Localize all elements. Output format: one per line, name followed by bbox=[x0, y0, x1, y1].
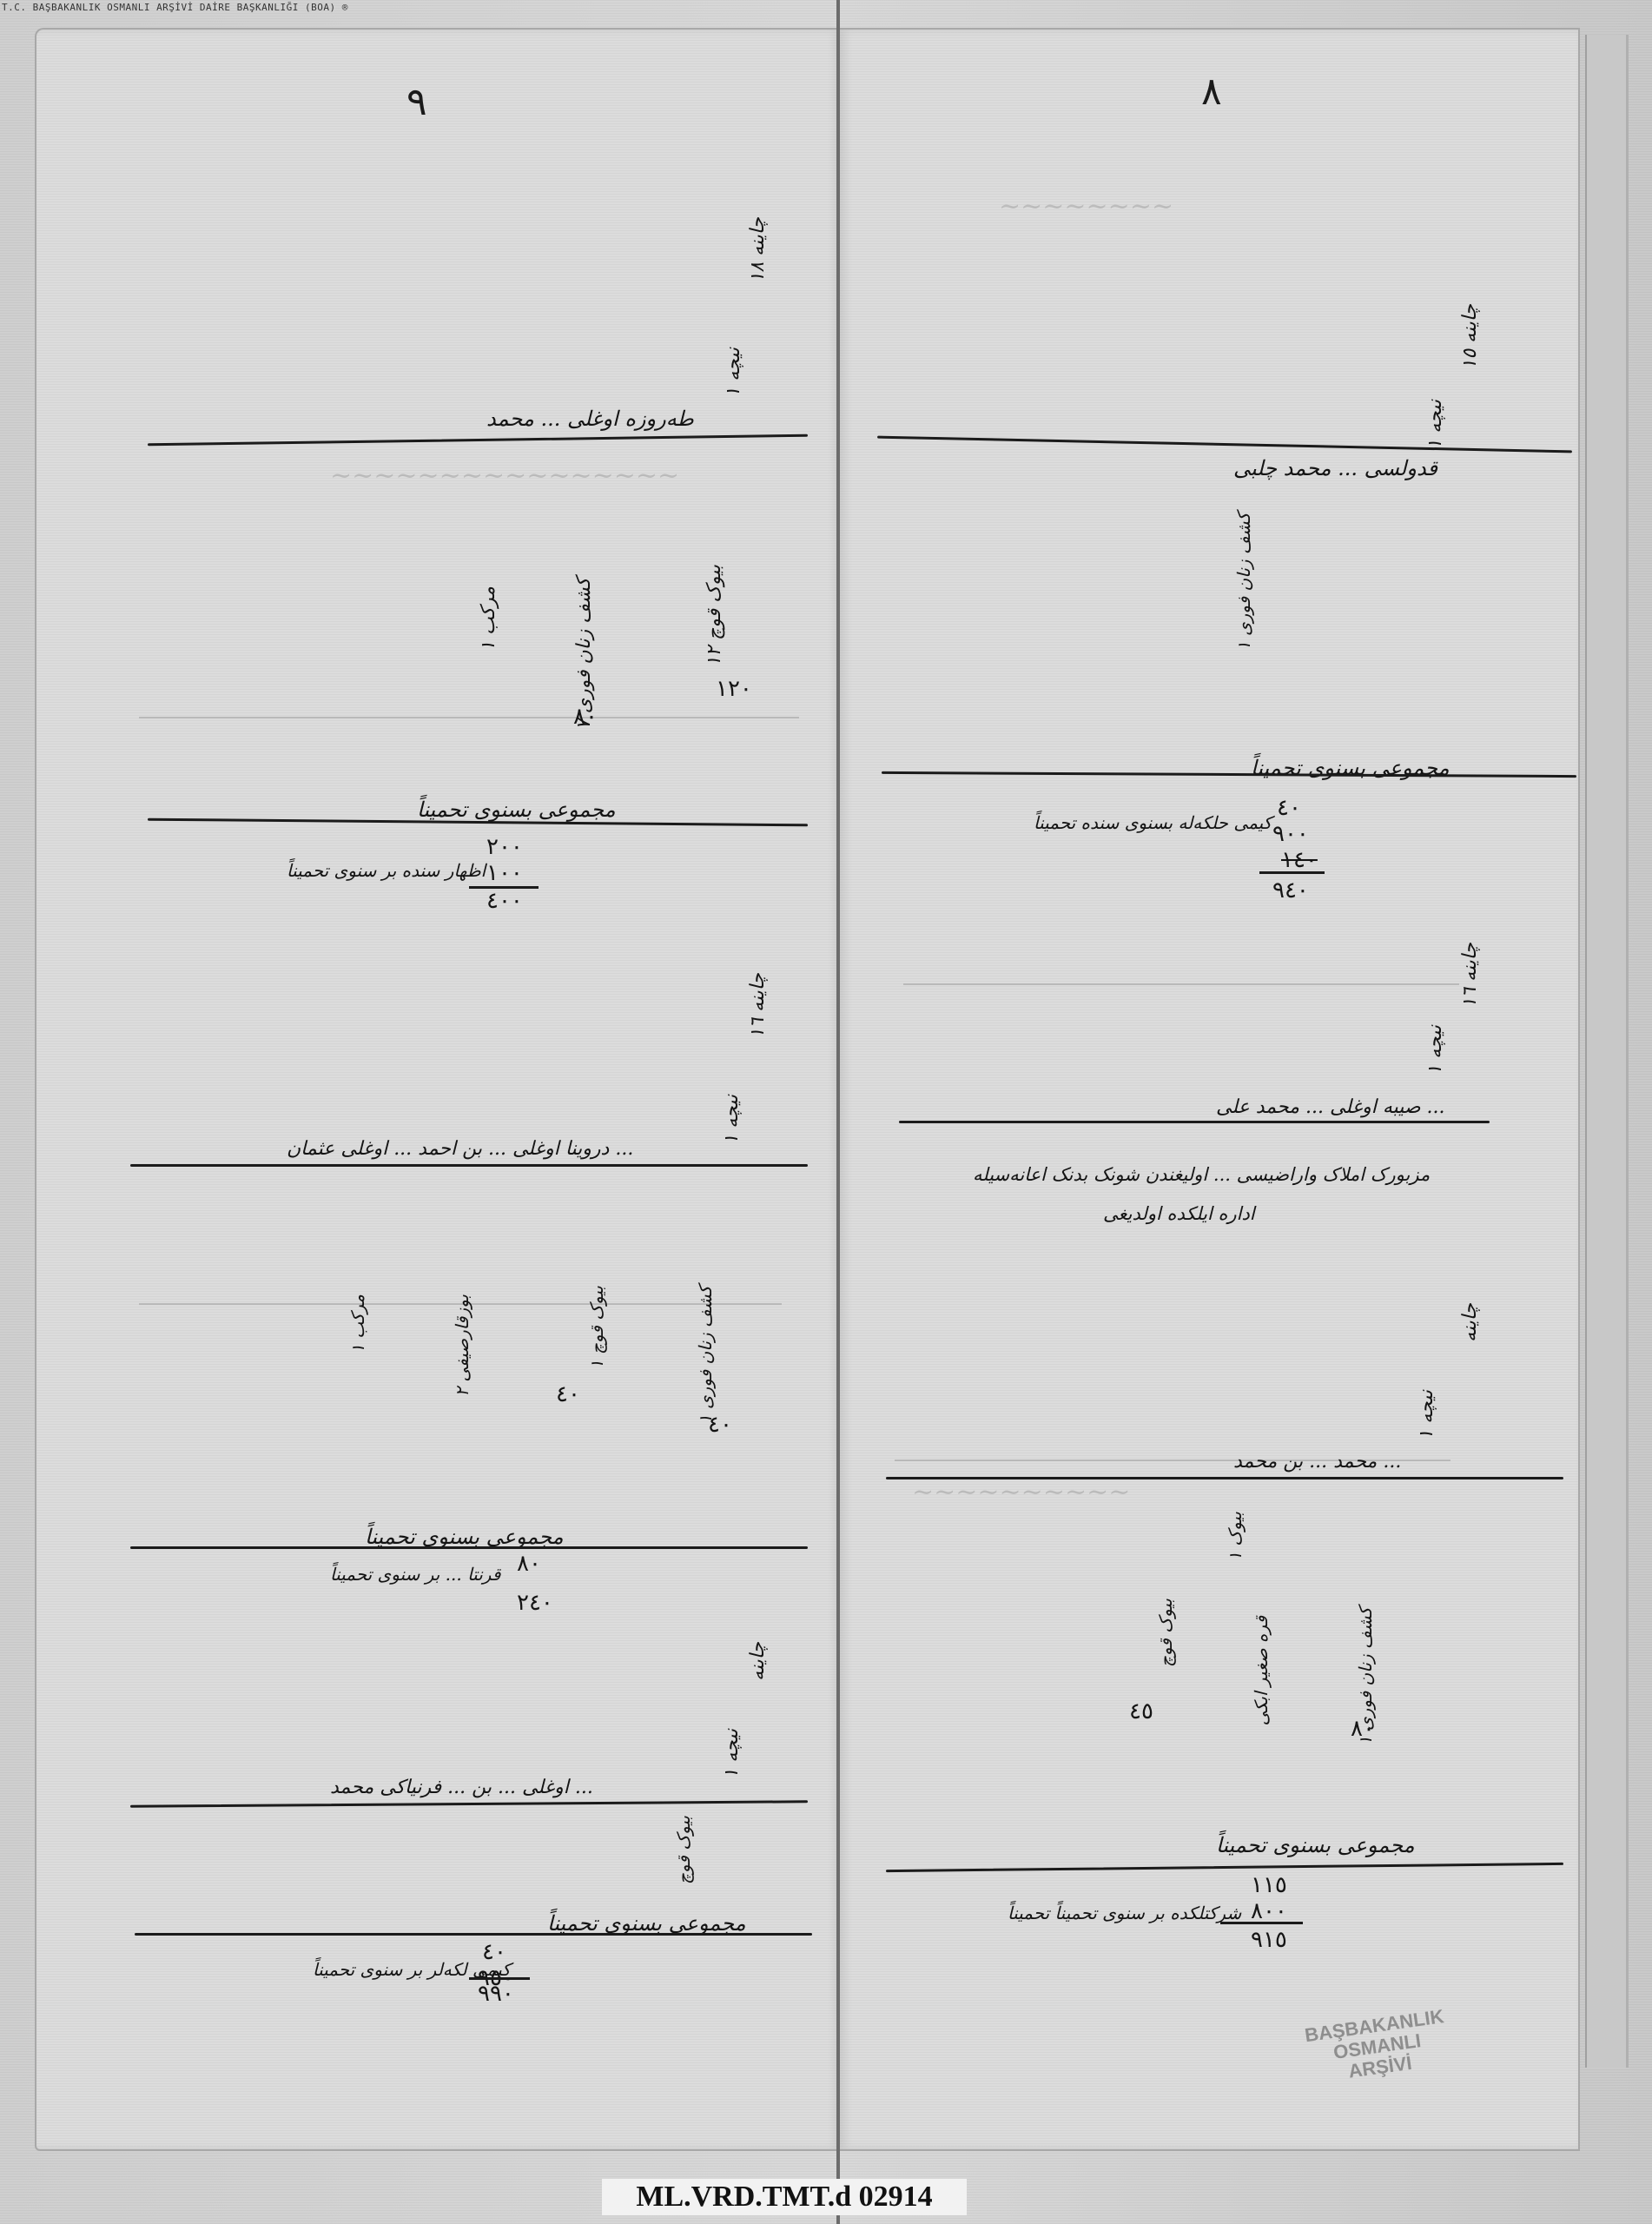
item-label: مرکب ١ bbox=[347, 1294, 368, 1354]
entry-rule bbox=[130, 1164, 808, 1167]
sum-total: ٤٠٠ bbox=[486, 888, 523, 914]
bleed-through-text: ~~~~~~~~ bbox=[999, 191, 1173, 222]
item-value: ٤٠ bbox=[556, 1381, 580, 1407]
item-label: بیوک قوچ ١٢ bbox=[704, 565, 725, 667]
total-label: مجموعی بسنوی تحمیناً bbox=[365, 1525, 564, 1549]
total-label: مجموعی بسنوی تحمیناً bbox=[547, 1911, 746, 1936]
total-rule bbox=[135, 1933, 812, 1936]
item-value: ٤٠ bbox=[708, 1412, 732, 1438]
item-label: بیوک قوچ ١ bbox=[586, 1286, 607, 1369]
sum-note: شرکتلکده بر سنوی تحمیناً تحمیناً bbox=[1008, 1903, 1241, 1923]
entry-header-line: چاینه ١٨ bbox=[747, 217, 769, 283]
item-label: مرکب ١ bbox=[478, 586, 499, 652]
total-label: مجموعی بسنوی تحمیناً bbox=[1216, 1833, 1415, 1857]
entry-name-line: ... اوغلی ... بن ... فرنیاکی محمد bbox=[330, 1777, 593, 1798]
entry-rule bbox=[899, 1121, 1490, 1123]
left-folio-number: ٩ bbox=[406, 80, 427, 124]
total-label: مجموعی بسنوی تحمیناً bbox=[417, 798, 616, 822]
sum-note: کیمی حلکه‌له بسنوی سنده تحمیناً bbox=[1034, 812, 1272, 833]
entry-header-line: چاینه ١٥ bbox=[1459, 304, 1481, 370]
right-folio-number: ٨ bbox=[1201, 69, 1222, 114]
item-value: ١٢٠ bbox=[716, 676, 752, 702]
sum-b: ١٠٠ bbox=[486, 860, 523, 886]
entry-header-line: چاینه bbox=[1459, 1303, 1481, 1342]
entry-header-line: نیچه ١ bbox=[721, 1729, 743, 1779]
entry-header-line: نیچه ١ bbox=[721, 1095, 743, 1145]
item-value: ٤٥ bbox=[1129, 1698, 1153, 1724]
entry-name-line: ... صیبه اوغلی ... محمد علی bbox=[1216, 1096, 1445, 1118]
left-page bbox=[35, 28, 840, 2151]
item-label: بیوک قوچ bbox=[673, 1816, 694, 1884]
sum-a: ١١٥ bbox=[1251, 1872, 1287, 1898]
sum-total: ٩٩٠ bbox=[478, 1981, 514, 2007]
bleed-through-text: ~~~~~~~~~~ bbox=[912, 1477, 1130, 1507]
item-label: بوز‌قارصیفی ٢ bbox=[452, 1294, 472, 1397]
entry-header-line: چاینه ١٦ bbox=[1459, 943, 1481, 1009]
book-spine bbox=[836, 0, 840, 2224]
sum-a: ٤٠ bbox=[1277, 795, 1301, 821]
entry-header-line: نیچه ١ bbox=[1416, 1390, 1437, 1440]
bleed-through-text: ~~~~~~~~~~~~~~~~ bbox=[330, 460, 679, 491]
faint-rule bbox=[139, 717, 799, 718]
entry-header-line: چاینه ١٦ bbox=[747, 973, 769, 1039]
entry-header-line: نیچه ١ bbox=[1424, 400, 1446, 450]
item-value: ٨٠ bbox=[573, 704, 598, 730]
item-value: ٨٠ bbox=[1351, 1716, 1375, 1742]
item-label: قره صغیر ابکی bbox=[1251, 1616, 1272, 1725]
reference-code-label: ML.VRD.TMT.d 02914 bbox=[602, 2179, 967, 2215]
remark-line: مزبورک املاک واراضیسی ... اولیغندن شونک … bbox=[973, 1164, 1430, 1185]
entry-name-line: ... دروینا اوغلی ... بن احمد ... اوغلی ع… bbox=[287, 1138, 633, 1160]
entry-rule bbox=[886, 1477, 1563, 1479]
sum-note: قرنتا ... بر سنوی تحمیناً bbox=[330, 1564, 500, 1585]
remark-line: اداره ایلکده اولدیغی bbox=[1103, 1203, 1255, 1224]
entry-header-line: نیچه ١ bbox=[1424, 1025, 1446, 1076]
sum-total: ٩١٥ bbox=[1251, 1927, 1287, 1953]
sum-bar bbox=[1220, 1922, 1303, 1924]
entry-name-line: ... محمد ... بن محمد bbox=[1233, 1451, 1401, 1473]
item-label: بیوک قوچ bbox=[1155, 1598, 1176, 1667]
entry-name-line: طه‌روزه اوغلی ... محمد bbox=[486, 407, 694, 431]
sum-bar bbox=[469, 1977, 530, 1980]
item-label: بیوک ١ bbox=[1225, 1512, 1246, 1561]
item-label: کشف زنان فوری ١ bbox=[1233, 513, 1254, 651]
sum-note: اظهار سنده بر سنوی تحمیناً bbox=[287, 860, 486, 881]
faint-rule bbox=[903, 983, 1459, 985]
entry-name-line: قدولسی ... محمد چلبی bbox=[1233, 456, 1437, 480]
sum-total: ٩٤٠ bbox=[1272, 877, 1309, 903]
sum-struck-out: ١٤٠ bbox=[1281, 847, 1318, 873]
sum-a: ٨٠ bbox=[517, 1551, 541, 1577]
entry-header-line: چاینه bbox=[747, 1642, 769, 1681]
sum-b: ٩٠٠ bbox=[1272, 821, 1309, 847]
sum-a: ٢٠٠ bbox=[486, 834, 523, 860]
entry-header-line: نیچه ١ bbox=[723, 347, 744, 398]
item-label: کشف زنان فوری ١ bbox=[695, 1286, 716, 1424]
page-edge bbox=[1585, 35, 1629, 2068]
sum-total: ٢٤٠ bbox=[517, 1590, 553, 1616]
sum-bar bbox=[1259, 871, 1325, 874]
sum-b: ٨٠٠ bbox=[1251, 1898, 1287, 1924]
total-rule bbox=[130, 1546, 808, 1549]
archive-header: T.C. BAŞBAKANLIK OSMANLI ARŞİVİ DAİRE BA… bbox=[2, 2, 348, 13]
